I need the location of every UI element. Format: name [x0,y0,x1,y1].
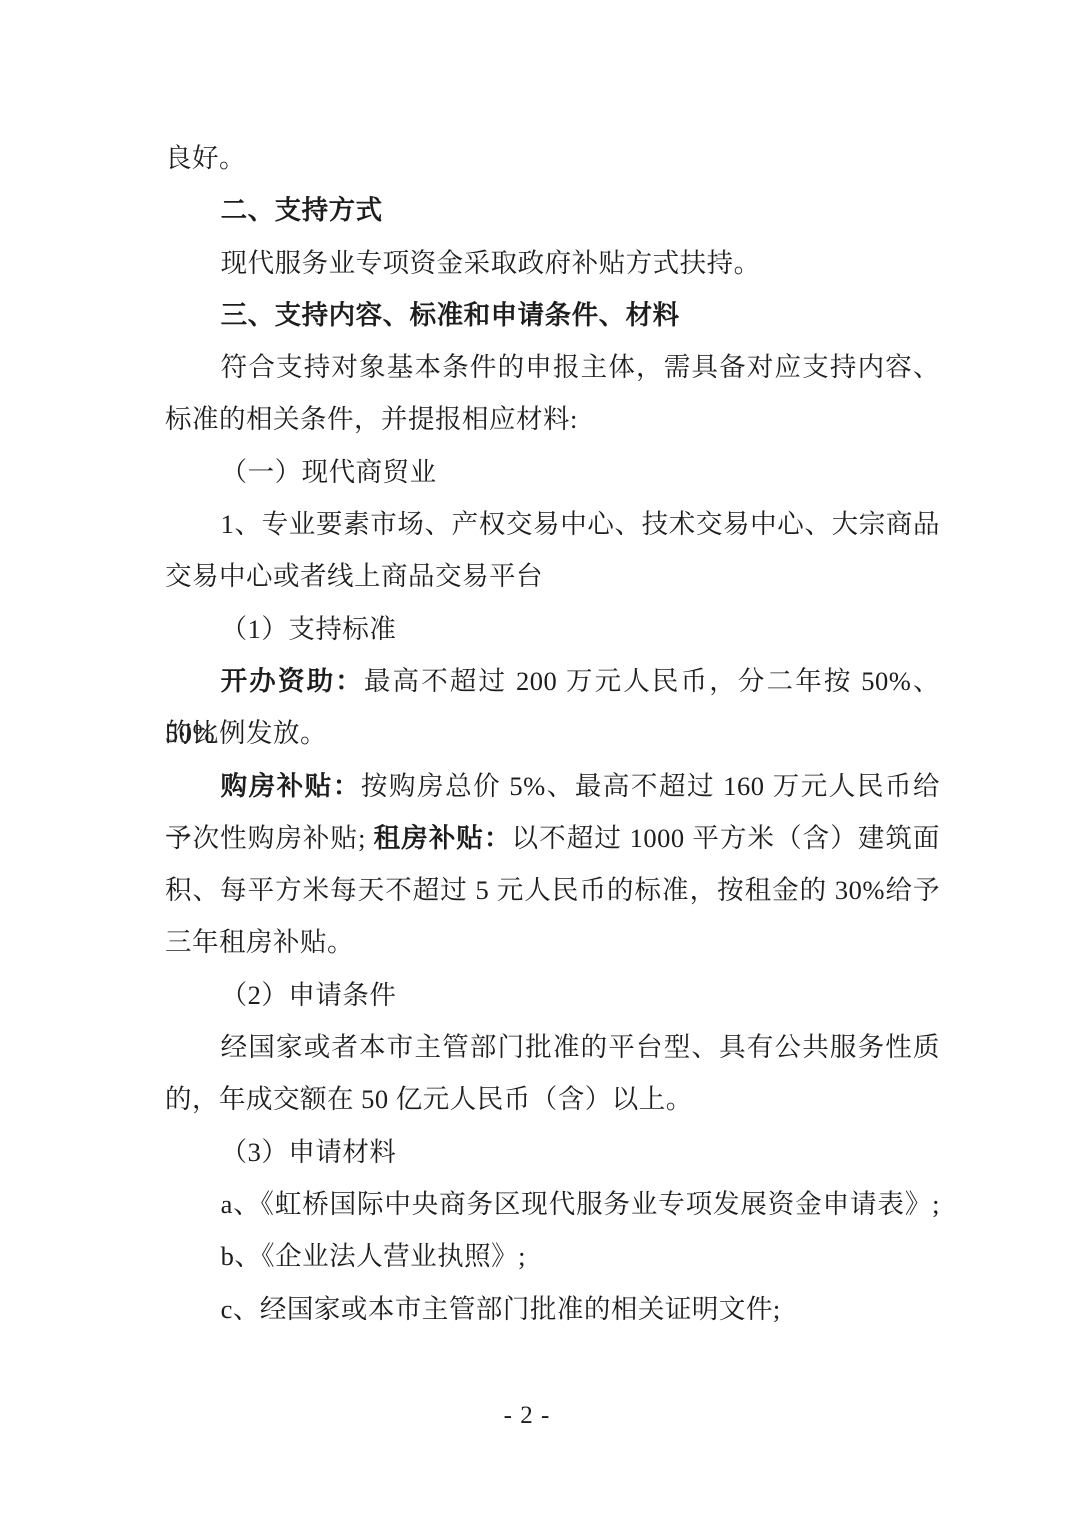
para-requirements-line1: 符合支持对象基本条件的申报主体，需具备对应支持内容、 [165,341,940,393]
para-condition-line1: 经国家或者本市主管部门批准的平台型、具有公共服务性质 [165,1021,940,1073]
para-requirements-line2: 标准的相关条件，并提报相应材料: [165,393,940,445]
para-housing-subsidy-line2-segment: 一次性购房补贴; [165,823,374,853]
para-item1-line2: 交易中心或者线上商品交易平台 [165,550,940,602]
para-item1-line1-segment: 1、专业要素市场、产权交易中心、技术交易中心、大宗商品 [221,509,940,539]
item-material-c: c、经国家或本市主管部门批准的相关证明文件; [165,1283,940,1335]
para-housing-subsidy-line4: 三年租房补贴。 [165,916,940,968]
para-startup-subsidy-line2: 的比例发放。 [165,707,940,759]
heading-subsection-one: （一）现代商贸业 [165,446,940,498]
para-support-method-segment: 现代服务业专项资金采取政府补贴方式扶持。 [221,248,761,278]
para-housing-subsidy-line2: 一次性购房补贴; 租房补贴：以不超过 1000 平方米（含）建筑面 [165,812,940,864]
item-material-c-segment: c、经国家或本市主管部门批准的相关证明文件; [221,1294,781,1324]
page-number: - 2 - [504,1402,551,1430]
para-condition-line2: 的，年成交额在 50 亿元人民币（含）以上。 [165,1073,940,1125]
heading-subsection-one-segment: （一）现代商贸业 [221,457,437,487]
heading-section-two: 二、支持方式 [165,184,940,236]
para-previous-tail-segment: 良好。 [165,143,246,173]
para-housing-subsidy-line1: 购房补贴：按购房总价 5%、最高不超过 160 万元人民币给予 [165,760,940,812]
para-housing-subsidy-line2-segment: 租房补贴： [374,823,512,853]
para-item1-line2-segment: 交易中心或者线上商品交易平台 [165,561,543,591]
item-material-b-segment: b、《企业法人营业执照》; [221,1241,526,1271]
para-condition-line1-segment: 经国家或者本市主管部门批准的平台型、具有公共服务性质 [221,1032,940,1062]
para-housing-subsidy-line3-segment: 积、每平方米每天不超过 5 元人民币的标准，按租金的 30%给予 [165,875,940,905]
para-condition-line2-segment: 的，年成交额在 50 亿元人民币（含）以上。 [165,1084,693,1114]
item-material-b: b、《企业法人营业执照》; [165,1230,940,1282]
document-page: 良好。二、支持方式现代服务业专项资金采取政府补贴方式扶持。三、支持内容、标准和申… [0,0,1080,1527]
para-requirements-line1-segment: 符合支持对象基本条件的申报主体，需具备对应支持内容、 [221,352,940,382]
para-item1-line1: 1、专业要素市场、产权交易中心、技术交易中心、大宗商品 [165,498,940,550]
heading-support-standard-segment: （1）支持标准 [221,614,397,644]
para-previous-tail: 良好。 [165,132,940,184]
para-housing-subsidy-line2-segment: 以不超过 1000 平方米（含）建筑面 [512,823,940,853]
para-startup-subsidy-line1-segment: 开办资助： [221,666,364,696]
heading-application-materials: （3）申请材料 [165,1126,940,1178]
para-requirements-line2-segment: 标准的相关条件，并提报相应材料: [165,404,578,434]
heading-support-standard: （1）支持标准 [165,603,940,655]
para-support-method: 现代服务业专项资金采取政府补贴方式扶持。 [165,237,940,289]
heading-section-three-segment: 三、支持内容、标准和申请条件、材料 [221,300,680,330]
heading-application-condition: （2）申请条件 [165,969,940,1021]
heading-application-condition-segment: （2）申请条件 [221,980,397,1010]
heading-section-two-segment: 二、支持方式 [221,195,383,225]
para-housing-subsidy-line1-segment: 购房补贴： [221,771,361,801]
document-body: 良好。二、支持方式现代服务业专项资金采取政府补贴方式扶持。三、支持内容、标准和申… [165,132,940,1335]
item-material-a: a、《虹桥国际中央商务区现代服务业专项发展资金申请表》; [165,1178,940,1230]
para-startup-subsidy-line2-segment: 的比例发放。 [165,718,327,748]
para-housing-subsidy-line3: 积、每平方米每天不超过 5 元人民币的标准，按租金的 30%给予 [165,864,940,916]
para-startup-subsidy-line1: 开办资助：最高不超过 200 万元人民币，分二年按 50%、50% [165,655,940,707]
item-material-a-segment: a、《虹桥国际中央商务区现代服务业专项发展资金申请表》; [221,1189,940,1219]
heading-application-materials-segment: （3）申请材料 [221,1137,397,1167]
para-housing-subsidy-line4-segment: 三年租房补贴。 [165,927,354,957]
heading-section-three: 三、支持内容、标准和申请条件、材料 [165,289,940,341]
